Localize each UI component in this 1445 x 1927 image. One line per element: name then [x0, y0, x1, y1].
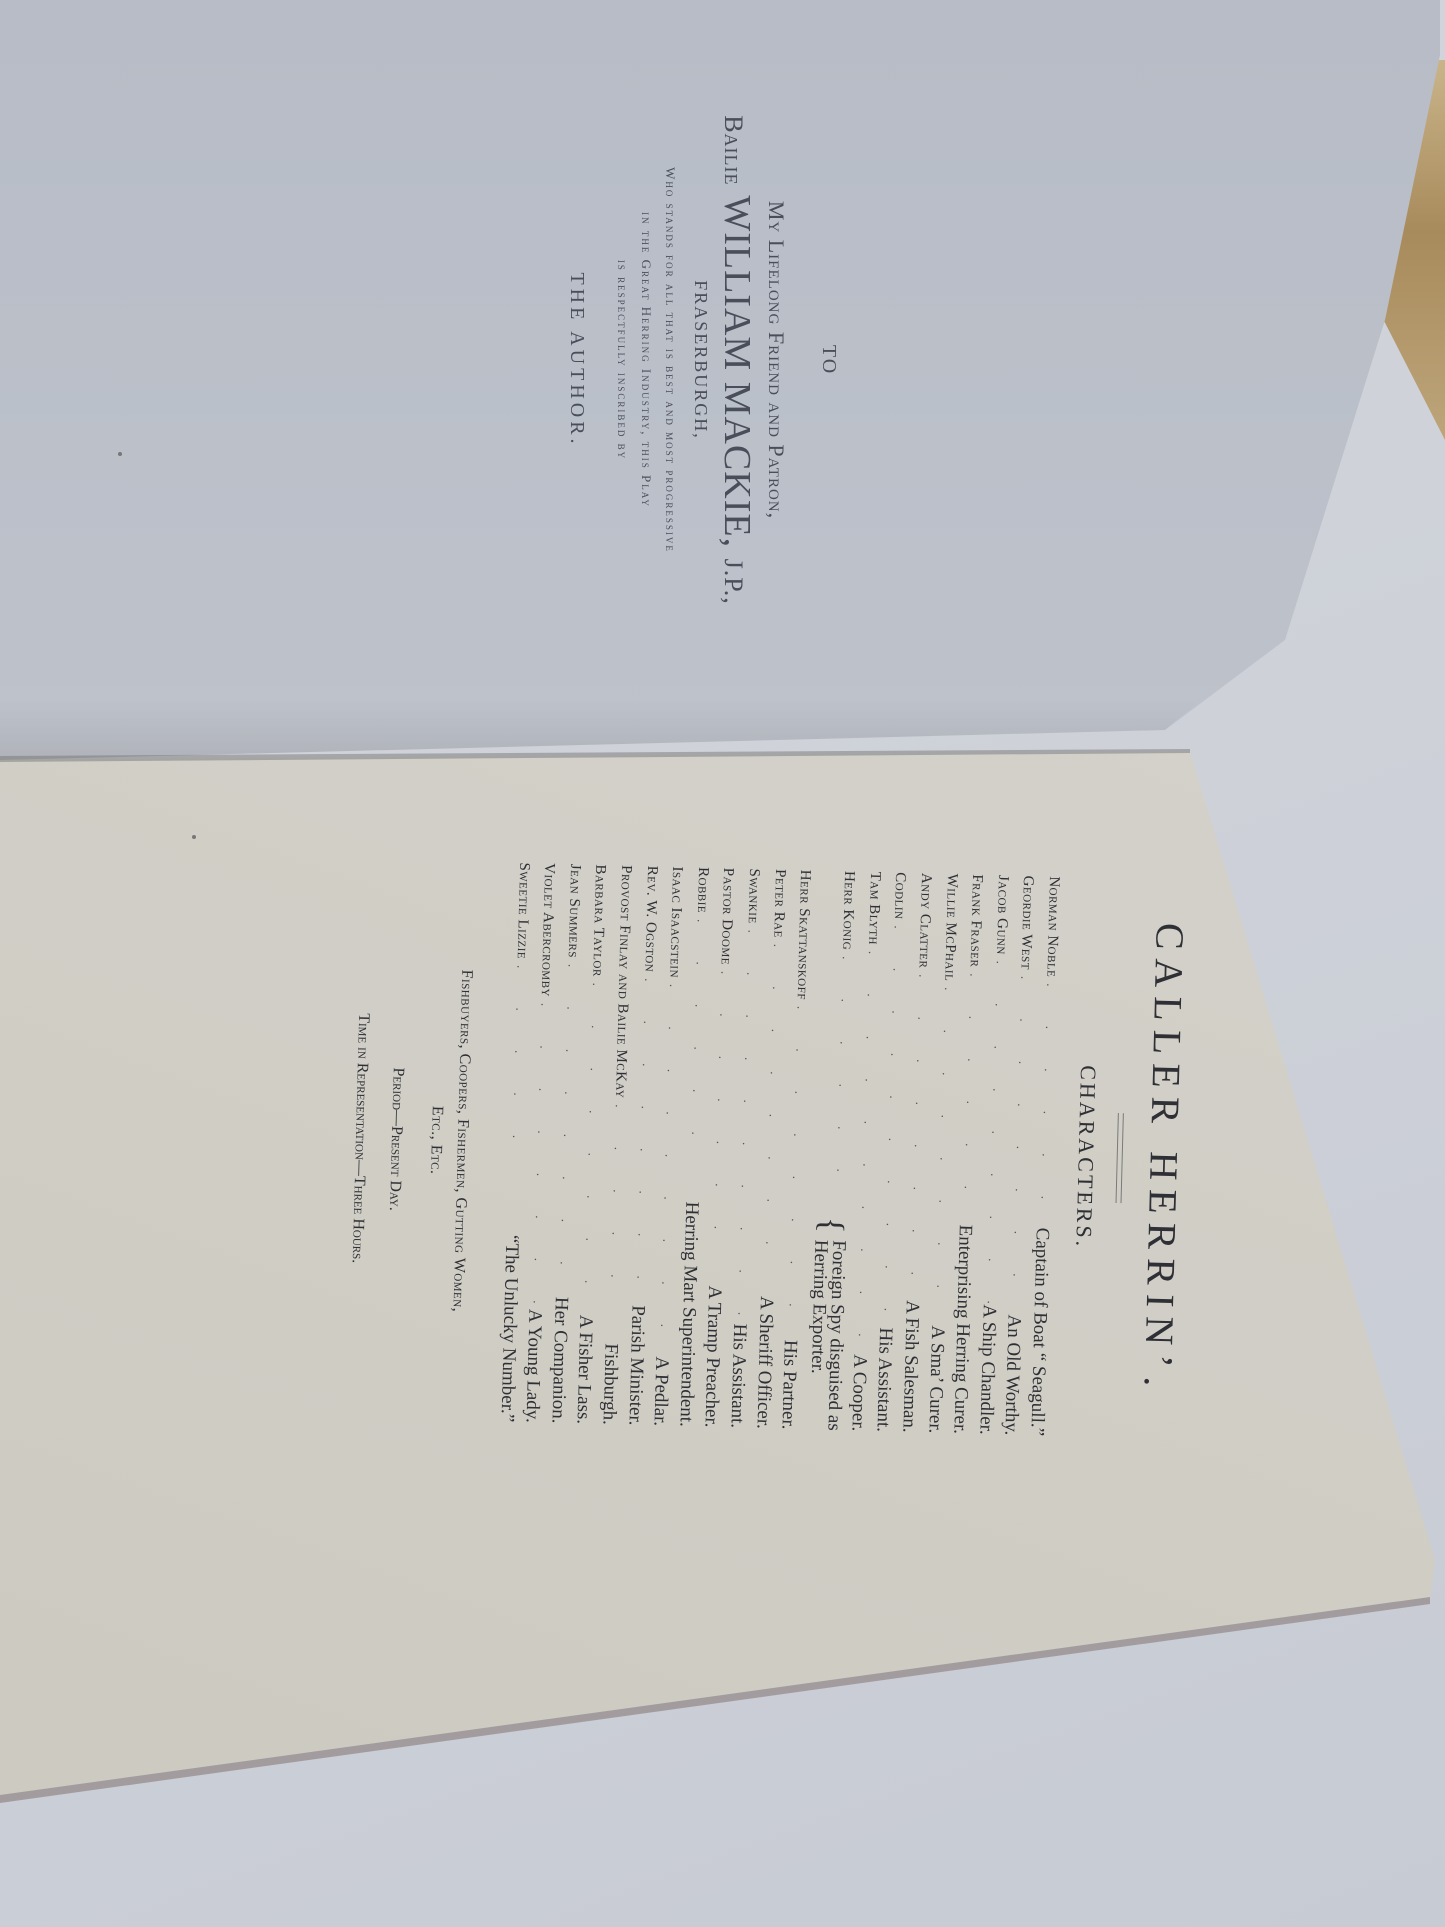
- cast-role: His Assistant.: [726, 1323, 751, 1428]
- book-photo: TO My Lifelong Friend and Patron, Bailie…: [0, 0, 1445, 1927]
- cast-name: Isaac Isaacstein: [666, 866, 686, 978]
- dot-leader: . . . . . . .: [1037, 977, 1060, 1228]
- paper-speck: [192, 835, 196, 839]
- cast-role-line-2: Herring Exporter.: [807, 1240, 832, 1375]
- cast-list: Norman Noble . . . . . . . Captain of Bo…: [492, 862, 1062, 1436]
- cast-name: Herr Skattanskoff: [793, 870, 813, 1001]
- cast-role: Parish Minister.: [623, 1305, 648, 1426]
- cast-role: A Pedlar.: [649, 1356, 673, 1426]
- cast-role: A Cooper.: [846, 1354, 870, 1432]
- dedication-line-1: Who stands for all that is best and most…: [658, 60, 682, 660]
- cast-role: A Tramp Preacher.: [700, 1285, 726, 1427]
- cast-name: Norman Noble: [1042, 876, 1062, 978]
- cast-name: Jean Summers: [564, 864, 583, 959]
- cast-name: Willie McPhail: [940, 873, 960, 981]
- cast-name: Herr Konig: [838, 871, 857, 951]
- dedication-town: FRASERBURGH,: [690, 60, 711, 660]
- period-note: Period—Present Day.: [380, 859, 413, 1419]
- cast-name: Codlin: [890, 872, 908, 920]
- dramatis-personae: CALLER HERRIN’. CHARACTERS. Norman Noble…: [344, 858, 1195, 1440]
- cast-role: A Sheriff Officer.: [751, 1296, 776, 1429]
- brace-glyph: {: [813, 1217, 850, 1234]
- cast-role: His Partner.: [777, 1340, 801, 1430]
- cast-name: Rev. W. Ogston: [640, 866, 660, 973]
- dedication-block: TO My Lifelong Friend and Patron, Bailie…: [565, 60, 840, 660]
- characters-heading: CHARACTERS.: [1065, 877, 1106, 1437]
- cast-role: His Assistant.: [872, 1327, 897, 1432]
- cast-role: Her Companion.: [546, 1297, 571, 1424]
- cast-role: A Fish Salesman.: [897, 1300, 922, 1433]
- cast-role: { Foreign Spy disguised as Herring Expor…: [807, 1216, 849, 1430]
- dedication-friend-line: My Lifelong Friend and Patron,: [763, 60, 789, 660]
- cast-name: Robbie: [693, 867, 711, 913]
- cast-name: Violet Abercromby: [537, 863, 558, 997]
- cast-name: Geordie West: [1017, 875, 1036, 970]
- dedication-signature: THE AUTHOR.: [565, 60, 588, 660]
- dedication-name-prefix: Bailie: [719, 115, 748, 185]
- cast-name: Jacob Gunn: [992, 875, 1011, 955]
- dedication-name-main: WILLIAM MACKIE,: [716, 195, 758, 548]
- cast-name: Tam Blyth: [864, 871, 883, 945]
- cast-name: Sweetie Lizzie: [512, 862, 532, 959]
- dedication-line-2: in the Great Herring Industry, this Play: [634, 60, 658, 660]
- cast-name: Pastor Doome: [717, 868, 737, 966]
- cast-role: A Sma’ Curer.: [923, 1325, 948, 1433]
- cast-role: A Young Lady.: [521, 1309, 546, 1423]
- cast-role: Captain of Boat “ Seagull.”: [1025, 1227, 1052, 1436]
- cast-role: A Fisher Lass.: [572, 1315, 597, 1425]
- cast-name: Andy Clatter: [915, 873, 934, 969]
- cast-role: Fishburgh.: [598, 1343, 622, 1425]
- title-double-rule: [1116, 1113, 1124, 1203]
- cast-name: Frank Fraser: [966, 874, 985, 967]
- cast-name: Swankie: [744, 868, 762, 924]
- dedication-line-3: is respectfully inscribed by: [610, 60, 634, 660]
- extras-note: Fishbuyers, Coopers, Fishermen, Gutting …: [416, 860, 483, 1421]
- cast-name: Barbara Taylor: [589, 864, 609, 977]
- dedication-name: Bailie WILLIAM MACKIE, J.P.,: [715, 60, 759, 660]
- dedication-name-suffix: J.P.,: [719, 559, 748, 605]
- cast-role: An Old Worthy.: [1000, 1314, 1025, 1435]
- paper-speck: [118, 452, 122, 456]
- dedication-to: TO: [817, 60, 840, 660]
- cast-name: Peter Rae: [769, 869, 788, 938]
- cast-role-stack: Foreign Spy disguised as Herring Exporte…: [807, 1240, 848, 1431]
- cast-role: A Ship Chandler.: [974, 1304, 999, 1435]
